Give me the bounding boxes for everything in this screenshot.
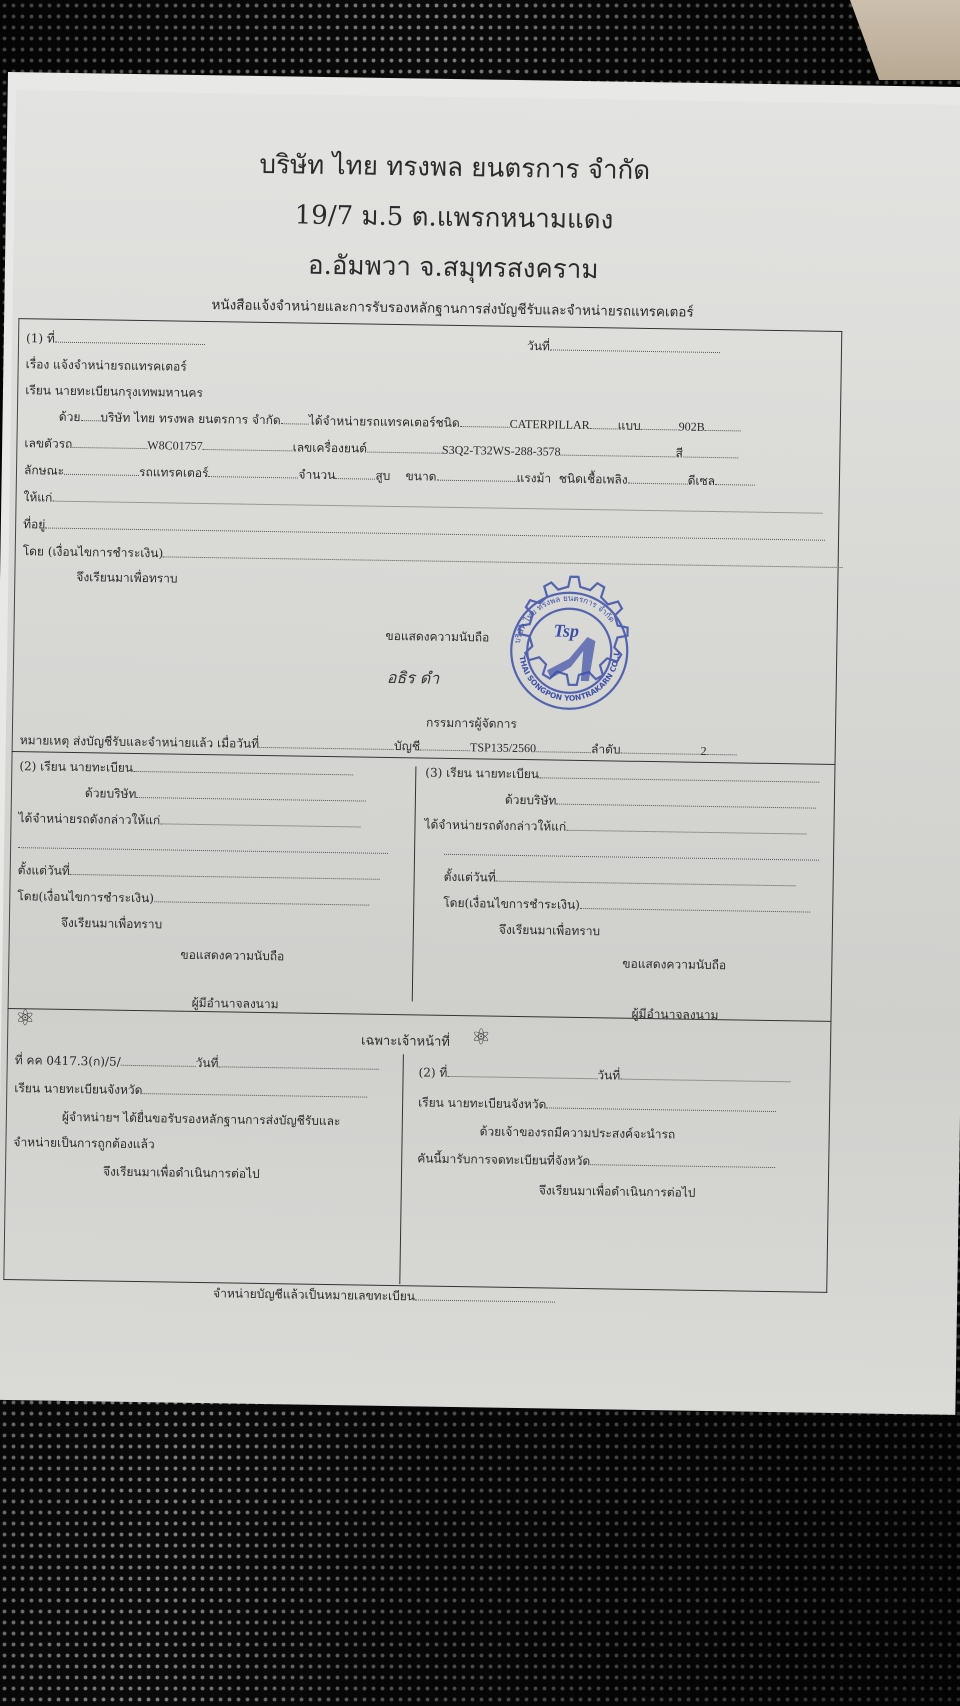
account-label: บัญชี [394,739,420,753]
address-label: ที่อยู่ [23,517,45,531]
stamp-logo: Tsp [553,621,579,641]
footer-line: จำหน่ายบัญชีแล้วเป็นหมายเลขทะเบียน [213,1285,555,1306]
off-left-date-label: วันที่ [196,1056,219,1070]
s3-sold-label: ได้จำหน่ายรถดังกล่าวให้แก่ [424,818,566,834]
s2-company-label: ด้วยบริษัท [85,786,137,801]
recipient-label: ให้แก่ [23,490,52,504]
cylinders-unit: สูบ [375,469,390,483]
document-page: บริษัท ไทย ทรงพล ยนตรการ จำกัด 19/7 ม.5 … [0,90,960,1415]
s2-regards: ขอแสดงความนับถือ [180,947,284,965]
color-label: สี [676,446,684,460]
closing: จึงเรียนมาเพื่อทราบ [76,569,177,587]
note-label: หมายเหตุ ส่งบัญชีรับและจำหน่ายแล้ว เมื่อ… [20,733,260,751]
cylinders-label: จำนวน [298,467,335,482]
s3-company-label: ด้วยบริษัท [505,793,557,808]
s2-sold-label: ได้จำหน่ายรถดังกล่าวให้แก่ [18,811,160,827]
regards: ขอแสดงความนับถือ [385,628,489,646]
subject: เรื่อง แจ้งจำหน่ายรถแทรคเตอร์ [26,356,187,375]
fuel-value: ดีเซล [688,474,716,488]
type-label: ลักษณะ [24,463,64,478]
s2-signer: ผู้มีอำนาจลงนาม [192,995,279,1012]
ref-field: (1) ที่ [26,330,205,349]
chassis-label: เลขตัวรถ [24,436,72,451]
account-value: TSP135/2560 [470,740,536,755]
size-label: ขนาด [405,469,436,483]
s2-payment-label: โดย(เงื่อนไขการชำระเงิน) [17,889,154,905]
brand-value: CATERPILLAR [510,417,590,432]
date-label: วันที่ [527,339,550,353]
signature: อธิร ดำ [387,666,440,692]
chassis-value: W8C01757 [147,438,203,453]
s3-signer: ผู้มีอำนาจลงนาม [631,1006,718,1023]
garuda-emblem-icon: ⚛ [15,1006,35,1031]
model-label: แบบ [618,418,641,432]
company-address-1: 19/7 ม.5 ต.แพรกหนามแดง [14,190,895,245]
type-value: รถแทรคเตอร์ [139,465,209,480]
off-right-body2-label: คันนี้มารับการจดทะเบียนที่จังหวัด [417,1151,590,1168]
hp-label: แรงม้า [516,471,551,486]
fuel-label: ชนิดเชื้อเพลิง [559,472,628,487]
s3-regards: ขอแสดงความนับถือ [622,956,726,974]
footer-text: จำหน่ายบัญชีแล้วเป็นหมายเลขทะเบียน [213,1286,415,1303]
s3-to: (3) เรียน นายทะเบียน [425,766,539,782]
s3-closing: จึงเรียนมาเพื่อทราบ [499,922,600,940]
off-right-closing: จึงเรียนมาเพื่อดำเนินการต่อไป [539,1182,696,1200]
off-right-to-label: เรียน นายทะเบียนจังหวัด [418,1095,546,1111]
off-left-body2: จำหน่ายเป็นการถูกต้องแล้ว [13,1134,154,1152]
off-right-body1: ด้วยเจ้าของรถมีความประสงค์จะนำรถ [480,1123,676,1142]
company-address-2: อ.อัมพวา จ.สมุทรสงคราม [13,240,894,295]
off-left-to-label: เรียน นายทะเบียนจังหวัด [14,1081,142,1097]
ref-label: (1) ที่ [26,331,55,345]
engine-value: S3Q2-T32WS-288-3578 [442,443,561,459]
company-name: บริษัท ไทย ทรงพล ยนตรการ จำกัด [15,140,896,195]
s2-since-label: ตั้งแต่วันที่ [18,863,70,878]
by-label: ด้วย [59,410,81,424]
off-right-date-label: วันที่ [597,1068,620,1082]
excavator-icon [547,636,596,681]
payment-label: โดย (เงื่อนไขการชำระเงิน) [23,544,164,560]
s2-to: (2) เรียน นายทะเบียน [19,759,133,775]
date-field: วันที่ [527,338,720,357]
engine-label: เลขเครื่องยนต์ [293,440,368,455]
sold-type-label: ได้จำหน่ายรถแทรคเตอร์ชนิด [309,414,460,430]
seller-name: บริษัท ไทย ทรงพล ยนตรการ จำกัด [100,410,281,427]
official-heading: เฉพาะเจ้าหน้าที่ [361,1034,450,1051]
garuda-emblem-icon-right: ⚛ [471,1025,491,1050]
s3-since-label: ตั้งแต่วันที่ [444,870,496,885]
off-left-ref-label: ที่ คค 0417.3(ก)/5/ [15,1053,121,1069]
model-value: 902B [679,419,705,433]
s2-closing: จึงเรียนมาเพื่อทราบ [61,915,162,933]
s3-payment-label: โดย(เงื่อนไขการชำระเงิน) [443,896,580,912]
off-right-ref-label: (2) ที่ [419,1065,448,1079]
addressee: เรียน นายทะเบียนกรุงเทพมหานคร [25,382,203,401]
off-left-closing: จึงเรียนมาเพื่อดำเนินการต่อไป [103,1164,260,1182]
order-label: ลำดับ [591,742,621,756]
company-stamp: Tsp บริษัท ไทย ทรงพล ยนตรการ จำกัด THAI … [488,570,650,732]
